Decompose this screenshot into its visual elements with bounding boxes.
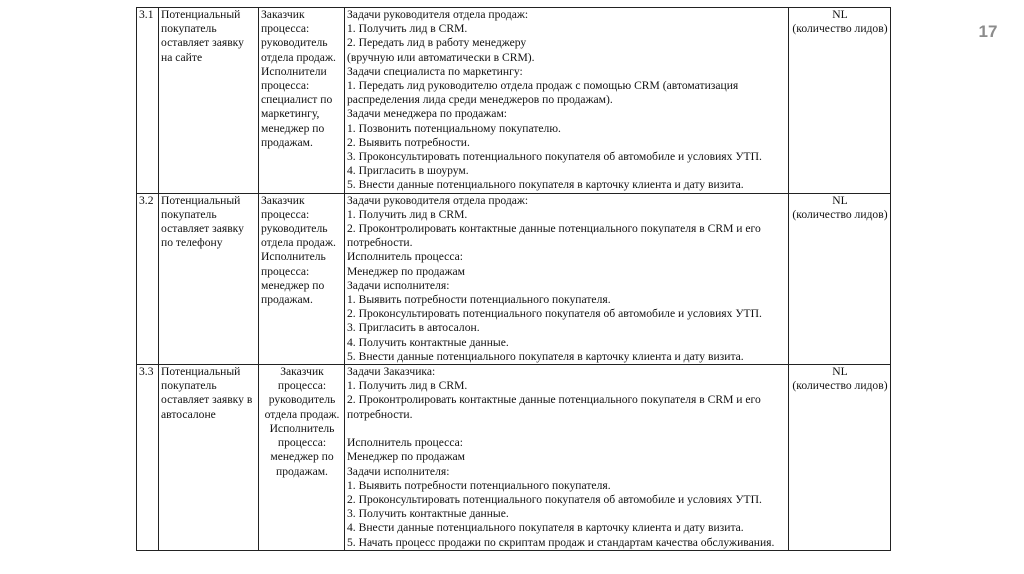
task-line: Задачи руководителя отдела продаж: — [347, 8, 787, 22]
task-line: 2. Передать лид в работу менеджеру — [347, 36, 787, 50]
metric-note: (количество лидов) — [791, 208, 889, 222]
task-line: 1. Получить лид в CRM. — [347, 379, 787, 393]
role-line: Исполнители процесса: — [261, 65, 343, 93]
task-line: 5. Внести данные потенциального покупате… — [347, 178, 787, 192]
task-line: 3. Получить контактные данные. — [347, 507, 787, 521]
metric-note: (количество лидов) — [791, 379, 889, 393]
role-line: специалист по маркетингу, — [261, 93, 343, 121]
task-line: Задачи исполнителя: — [347, 465, 787, 479]
role-line: руководитель отдела продаж. — [261, 222, 343, 250]
role-line: Заказчик процесса: — [261, 365, 343, 393]
process-table: 3.1 Потенциальный покупатель оставляет з… — [136, 7, 891, 551]
task-line: Задачи специалиста по маркетингу: — [347, 65, 787, 79]
row-number: 3.1 — [137, 8, 159, 194]
task-line: Задачи Заказчика: — [347, 365, 787, 379]
tasks-cell: Задачи Заказчика:1. Получить лид в CRM.2… — [345, 365, 789, 551]
role-line: Заказчик процесса: — [261, 194, 343, 222]
task-line: Задачи менеджера по продажам: — [347, 107, 787, 121]
task-line: 2. Выявить потребности. — [347, 136, 787, 150]
table-row: 3.1 Потенциальный покупатель оставляет з… — [137, 8, 891, 194]
metric-note: (количество лидов) — [791, 22, 889, 36]
task-line: 1. Выявить потребности потенциального по… — [347, 293, 787, 307]
task-line: 2. Проконсультировать потенциального пок… — [347, 307, 787, 321]
slide-number: 17 — [968, 22, 1008, 42]
table-row: 3.3 Потенциальный покупатель оставляет з… — [137, 365, 891, 551]
task-line: 5. Начать процесс продажи по скриптам пр… — [347, 536, 787, 550]
task-line: 4. Пригласить в шоурум. — [347, 164, 787, 178]
role-line: руководитель отдела продаж. — [261, 393, 343, 421]
metric-name: NL — [791, 8, 889, 22]
roles-cell: Заказчик процесса:руководитель отдела пр… — [259, 365, 345, 551]
task-line: 1. Получить лид в CRM. — [347, 22, 787, 36]
task-line: (вручную или автоматически в CRM). — [347, 51, 787, 65]
row-number: 3.3 — [137, 365, 159, 551]
task-line: Менеджер по продажам — [347, 450, 787, 464]
task-line — [347, 422, 787, 436]
task-line: Задачи руководителя отдела продаж: — [347, 194, 787, 208]
role-line: Заказчик процесса: — [261, 8, 343, 36]
tasks-cell: Задачи руководителя отдела продаж:1. Пол… — [345, 8, 789, 194]
metric-cell: NL (количество лидов) — [789, 8, 891, 194]
task-line: 2. Проконсультировать потенциального пок… — [347, 493, 787, 507]
task-line: Исполнитель процесса: — [347, 436, 787, 450]
situation-cell: Потенциальный покупатель оставляет заявк… — [159, 365, 259, 551]
task-line: 2. Проконтролировать контактные данные п… — [347, 393, 787, 421]
metric-name: NL — [791, 365, 889, 379]
task-line: 4. Внести данные потенциального покупате… — [347, 521, 787, 535]
role-line: Исполнитель процесса: — [261, 250, 343, 278]
metric-cell: NL (количество лидов) — [789, 365, 891, 551]
metric-cell: NL (количество лидов) — [789, 193, 891, 364]
task-line: 1. Позвонить потенциальному покупателю. — [347, 122, 787, 136]
task-line: 3. Пригласить в автосалон. — [347, 321, 787, 335]
roles-cell: Заказчик процесса:руководитель отдела пр… — [259, 8, 345, 194]
role-line: менеджер по продажам. — [261, 122, 343, 150]
task-line: 4. Получить контактные данные. — [347, 336, 787, 350]
row-number: 3.2 — [137, 193, 159, 364]
metric-name: NL — [791, 194, 889, 208]
situation-cell: Потенциальный покупатель оставляет заявк… — [159, 193, 259, 364]
role-line: руководитель отдела продаж. — [261, 36, 343, 64]
task-line: 2. Проконтролировать контактные данные п… — [347, 222, 787, 250]
situation-cell: Потенциальный покупатель оставляет заявк… — [159, 8, 259, 194]
task-line: Менеджер по продажам — [347, 265, 787, 279]
role-line: менеджер по продажам. — [261, 279, 343, 307]
task-line: 5. Внести данные потенциального покупате… — [347, 350, 787, 364]
table-row: 3.2 Потенциальный покупатель оставляет з… — [137, 193, 891, 364]
task-line: 3. Проконсультировать потенциального пок… — [347, 150, 787, 164]
task-line: Задачи исполнителя: — [347, 279, 787, 293]
role-line: менеджер по продажам. — [261, 450, 343, 478]
tasks-cell: Задачи руководителя отдела продаж:1. Пол… — [345, 193, 789, 364]
roles-cell: Заказчик процесса:руководитель отдела пр… — [259, 193, 345, 364]
role-line: Исполнитель процесса: — [261, 422, 343, 450]
task-line: Исполнитель процесса: — [347, 250, 787, 264]
task-line: 1. Получить лид в CRM. — [347, 208, 787, 222]
task-line: 1. Передать лид руководителю отдела прод… — [347, 79, 787, 107]
task-line: 1. Выявить потребности потенциального по… — [347, 479, 787, 493]
